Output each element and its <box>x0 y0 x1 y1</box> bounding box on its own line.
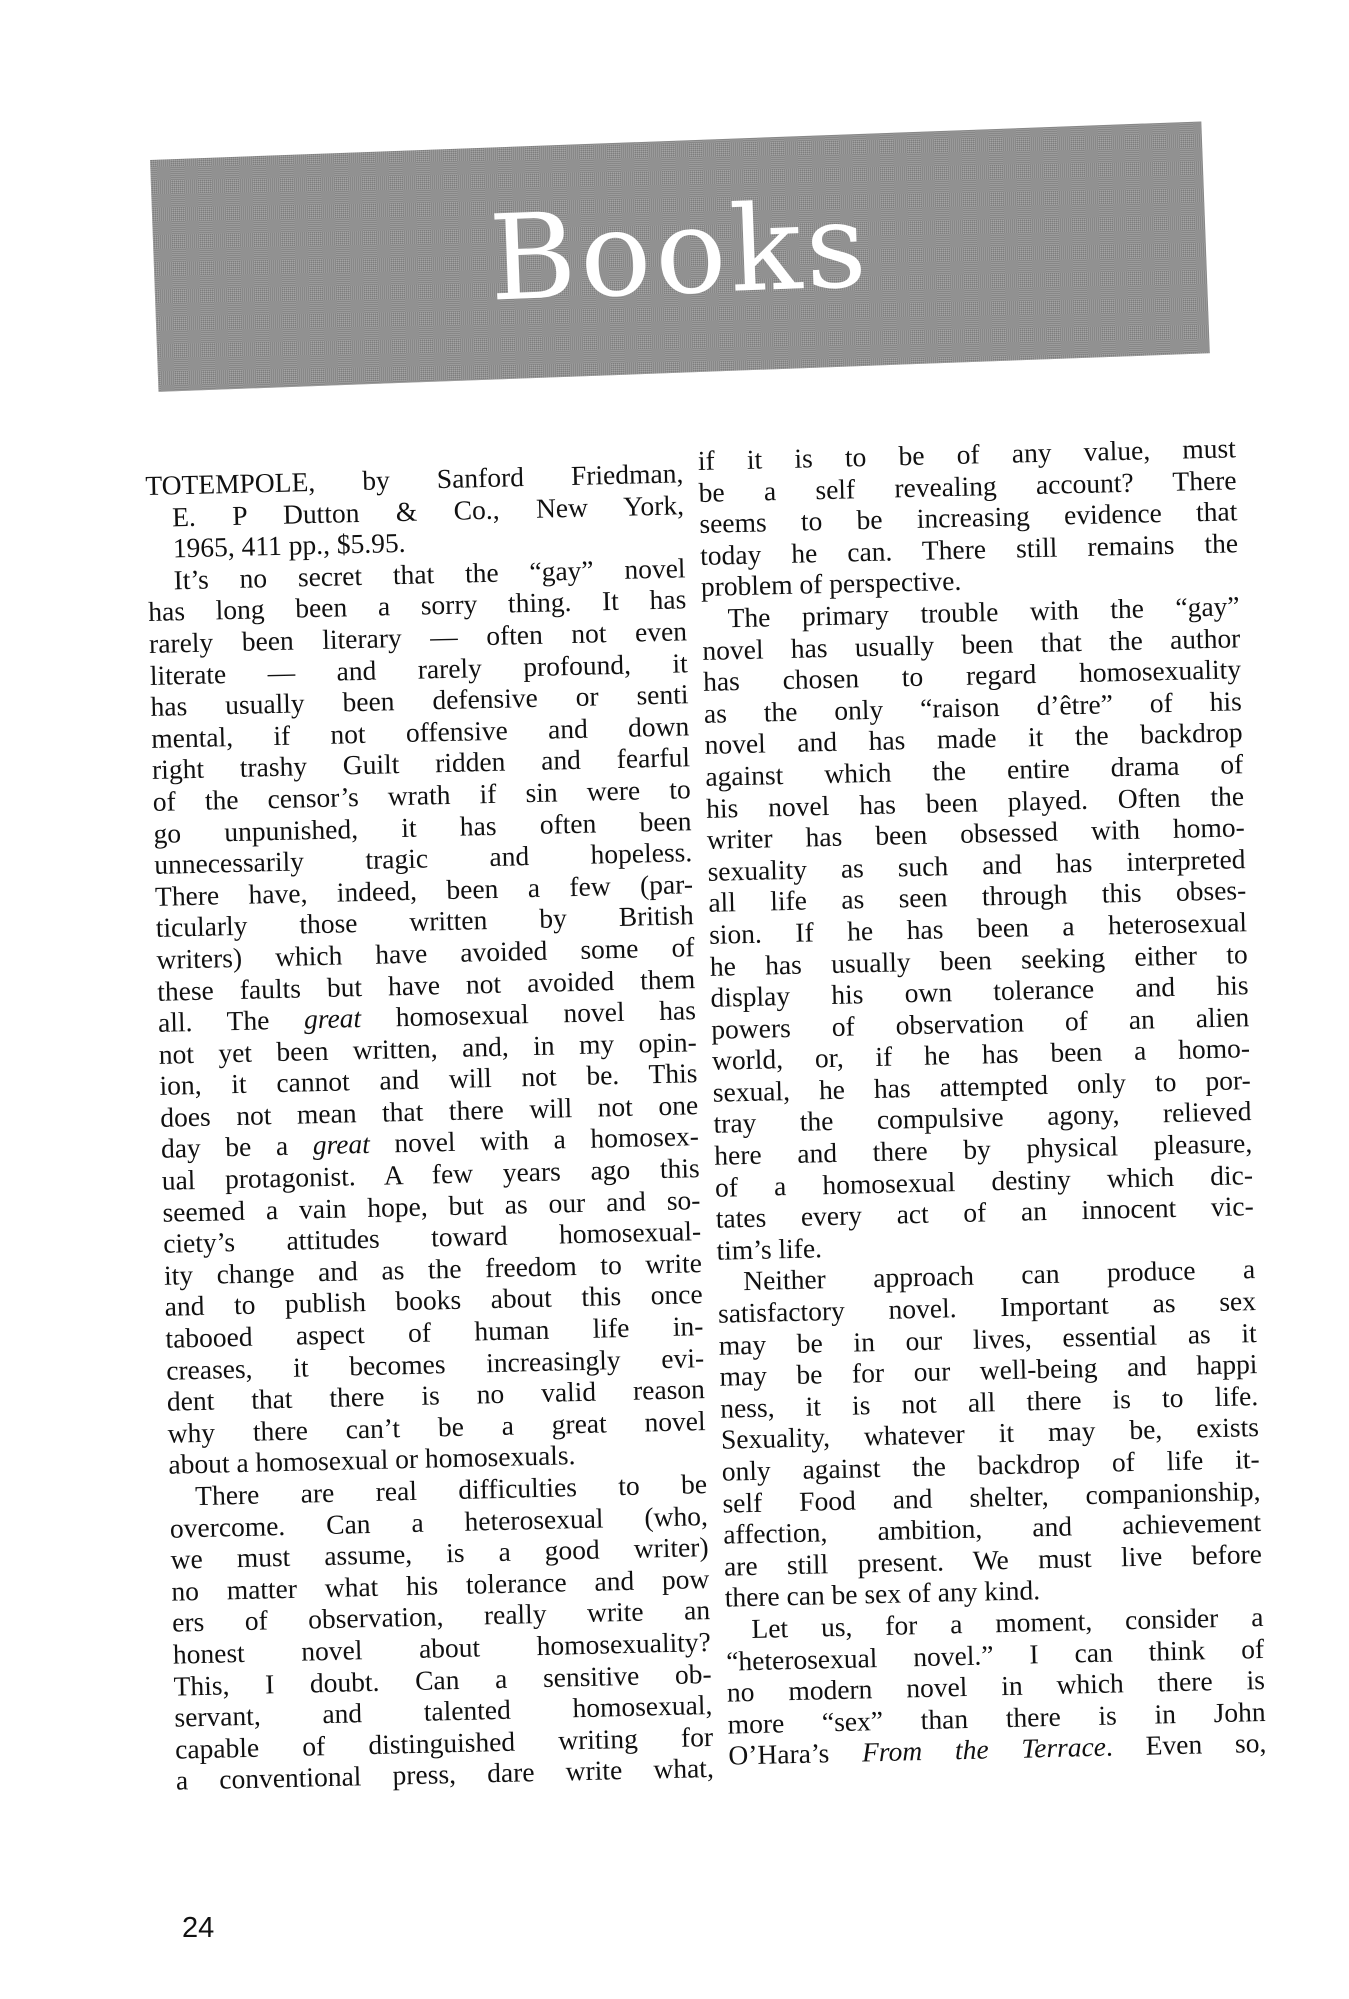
left-column-text: It’s no secret that the “gay” novelhas l… <box>147 552 714 1796</box>
right-column: if it is to be of any value, mustbe a se… <box>698 432 1267 1771</box>
book-citation: TOTEMPOLE, by Sanford Friedman, E. P Dut… <box>145 457 685 564</box>
review-body: TOTEMPOLE, by Sanford Friedman, E. P Dut… <box>145 444 1235 470</box>
right-column-text: if it is to be of any value, mustbe a se… <box>698 432 1267 1771</box>
section-banner: Books <box>150 121 1210 391</box>
section-title: Books <box>152 173 1208 329</box>
italic-title: great <box>304 1002 362 1034</box>
page-number: 24 <box>182 1912 214 1945</box>
italic-title: From the Terrace <box>862 1731 1107 1768</box>
italic-title: great <box>312 1128 370 1160</box>
left-column: TOTEMPOLE, by Sanford Friedman, E. P Dut… <box>145 457 714 1796</box>
